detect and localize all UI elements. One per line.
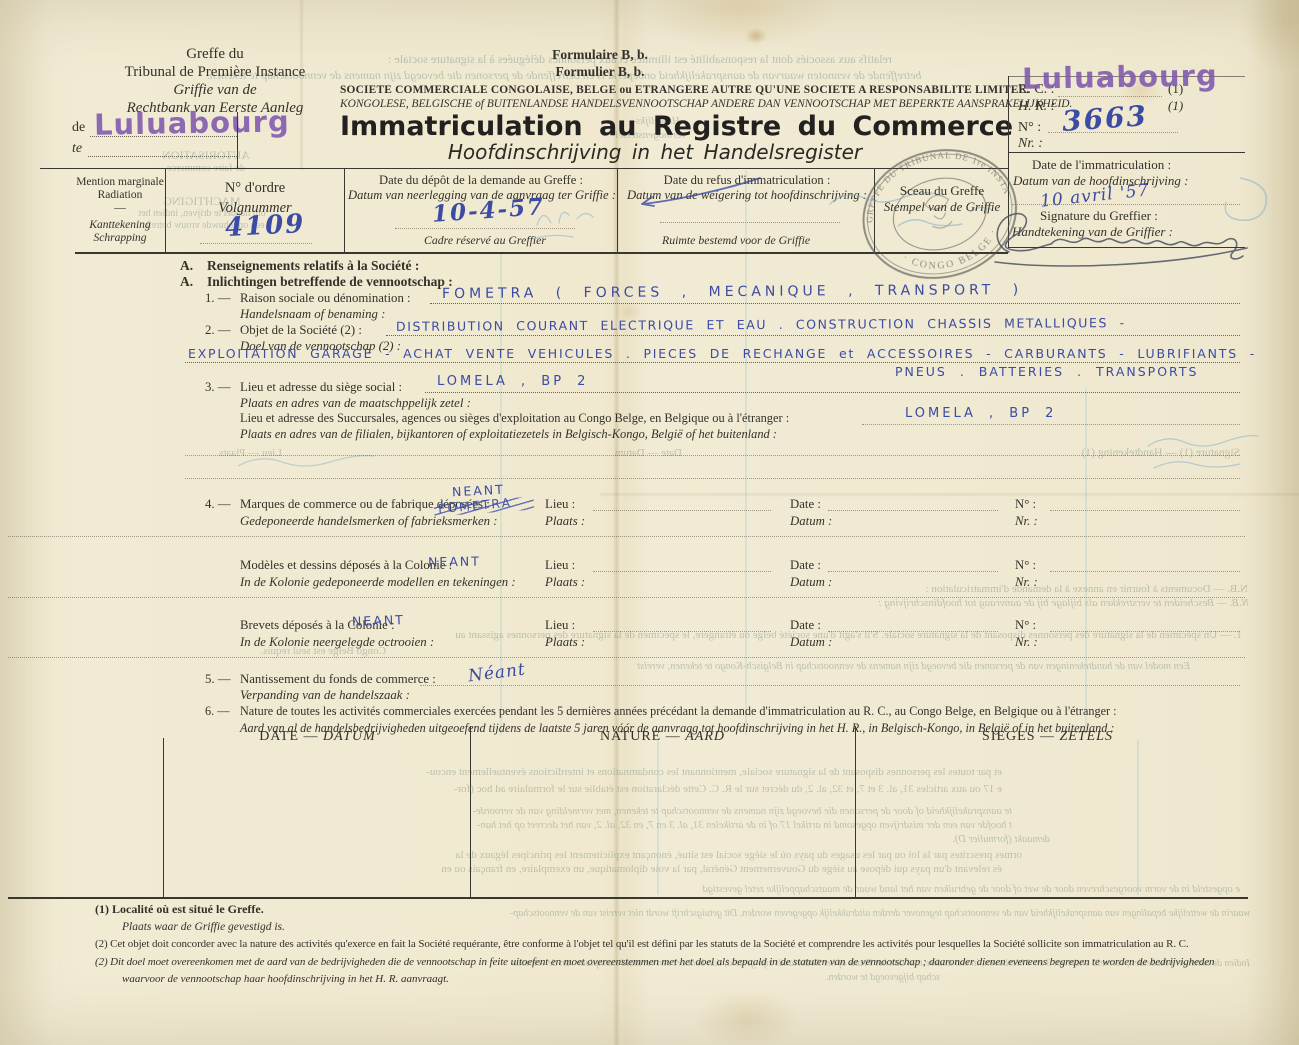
order-number-value: 4109 <box>224 209 306 243</box>
numero-label: N° : <box>1015 558 1036 572</box>
footnote2-nl: (2) Dit doel moet overeenkomen met de aa… <box>95 956 1214 968</box>
table-header-sieges-fr: SIEGES — <box>982 729 1055 744</box>
table-header-date-nl: DATUM <box>323 729 376 744</box>
item2-label-fr: Objet de la Société (2) : <box>240 323 362 337</box>
numero-label: N° : <box>1015 618 1036 632</box>
hr-label: H. R. : <box>1018 99 1055 115</box>
datum-label: Datum : <box>790 635 832 649</box>
reg-box-bottom-line <box>1008 247 1245 248</box>
company-type-nl: KONGOLESE, BELGISCHE of BUITENLANDSE HAN… <box>340 98 970 111</box>
marginal-note-nl-2: Schrapping <box>70 232 170 245</box>
no-label: N° : <box>1018 120 1041 136</box>
section-separator <box>8 657 1245 658</box>
item3-label-nl: Plaats en adres van de maatschppelijk ze… <box>240 396 471 410</box>
dotted-line <box>200 243 312 244</box>
company-name-value: FOMETRA ( FORCES , MECANIQUE , TRANSPORT… <box>442 282 1022 302</box>
luluabourg-stamp: Luluabourg <box>1022 58 1218 95</box>
pencil-scribble <box>1180 168 1290 228</box>
box-divider <box>237 112 238 168</box>
company-purpose-value-line3: PNEUS . BATTERIES . TRANSPORTS <box>895 364 1198 379</box>
bleedthrough-text: schap bijgevoegd te worden. <box>640 972 940 983</box>
pen-strikethrough <box>620 170 800 220</box>
numero-label: N° : <box>1015 497 1036 511</box>
table-header-sieges: SIEGES — ZETELS <box>855 729 1240 745</box>
table-column-line <box>470 726 471 897</box>
dotted-line <box>185 455 1240 456</box>
item3-label-fr: Lieu et adresse du siège social : <box>240 380 402 394</box>
table-column-line <box>855 726 856 897</box>
table-header-sieges-nl: ZETELS <box>1059 729 1112 744</box>
marginal-note-fr-2: Radiation <box>70 189 170 202</box>
datum-label: Datum : <box>790 575 832 589</box>
page-title: Immatriculation au Registre du Commerce <box>340 112 970 142</box>
nummer-label: Nr. : <box>1015 514 1038 528</box>
dotted-line <box>828 631 998 632</box>
dotted-line <box>185 478 1240 479</box>
bleedthrough-text: et par toutes les personnes disposant de… <box>62 766 1002 778</box>
form-number-fr: Formulaire B, b. <box>500 47 700 62</box>
bleedthrough-text: e opgesteld in de vorm voorgeschreven do… <box>260 884 1240 895</box>
dotted-line <box>593 571 771 572</box>
date-label: Date : <box>790 618 821 632</box>
table-header-nature-nl: AARD <box>685 729 725 744</box>
bleedthrough-text: N.B. — Bescheiden te verstrekken als bij… <box>693 597 1249 609</box>
item1-label-nl: Handelsnaam of benaming : <box>240 307 385 321</box>
lieu-label: Lieu : <box>545 618 575 632</box>
ruled-showthrough-line <box>1085 388 1087 728</box>
dotted-line <box>660 222 840 223</box>
head-office-value: LOMELA , BP 2 <box>437 374 588 389</box>
dotted-line <box>88 156 237 157</box>
designs-label-nl: In de Kolonie gedeponeerde modellen en t… <box>240 575 516 589</box>
section-separator <box>8 536 1245 537</box>
de-label: de <box>72 120 85 136</box>
dotted-line <box>90 136 237 137</box>
ruled-showthrough-line <box>745 170 747 735</box>
plaats-label: Plaats : <box>545 514 585 528</box>
table-header-date-fr: DATE — <box>259 729 318 744</box>
grid-line <box>344 168 345 252</box>
scanned-form-page: relatifs aux associés dont la responsabi… <box>0 0 1299 1045</box>
nr-label: Nr. : <box>1018 136 1043 152</box>
item6-label-fr: Nature de toutes les activités commercia… <box>240 705 1117 719</box>
footnote1-fr: (1) Localité où est situé le Greffe. <box>95 903 264 916</box>
marginal-note-nl-1: Kanttekening <box>70 219 170 232</box>
section-separator <box>8 597 1245 598</box>
branches-value: LOMELA , BP 2 <box>905 406 1056 421</box>
dotted-line <box>828 510 998 511</box>
seal-label-fr: Sceau du Greffe <box>880 184 1004 199</box>
dotted-line <box>1058 96 1162 97</box>
lieu-label: Lieu : <box>545 558 575 572</box>
table-column-line <box>163 738 164 897</box>
order-number-label-fr: N° d'ordre <box>180 180 330 196</box>
marginal-note-fr-1: Mention marginale <box>70 176 170 189</box>
table-header-nature: NATURE — AARD <box>470 729 855 745</box>
branches-label-nl: Plaats en adres van de filialen, bijkant… <box>240 428 777 442</box>
section-a-letter-nl: A. <box>180 274 193 289</box>
branches-label-fr: Lieu et adresse des Succursales, agences… <box>240 412 789 426</box>
company-purpose-value-line2: EXPLOITATION GARAGE - ACHAT VENTE VEHICU… <box>188 346 1256 361</box>
date-label: Date : <box>790 558 821 572</box>
company-purpose-value-line1: DISTRIBUTION COURANT ELECTRIQUE ET EAU .… <box>396 315 1126 334</box>
form-number-nl: Formulier B, b. <box>500 64 700 79</box>
reg-box-divider <box>1008 152 1245 153</box>
designs-value: NEANT <box>428 554 481 570</box>
dotted-line <box>593 631 771 632</box>
item2-number: 2. — <box>205 323 231 337</box>
dotted-line <box>1050 510 1240 511</box>
date-label: Date : <box>790 497 821 511</box>
plaats-label: Plaats : <box>545 575 585 589</box>
court-office-line-fr-1: Greffe du <box>90 46 340 63</box>
footnote2-fr: (2) Cet objet doit concorder avec la nat… <box>95 938 1189 950</box>
bleedthrough-text: és relevant d'un pays qui dépose au sièg… <box>62 863 1002 875</box>
item4-label-nl: Gedeponeerde handelsmerken of fabrieksme… <box>240 514 498 528</box>
item6-number: 6. — <box>205 705 229 719</box>
dotted-line <box>425 392 1240 393</box>
pencil-scribble <box>1140 428 1270 488</box>
court-office-line-fr-2: Tribunal de Première Instance <box>65 64 365 81</box>
bleedthrough-text: ormes prescrites par la loi ou par les u… <box>62 849 1022 861</box>
dotted-line <box>862 424 1240 425</box>
designs-label-fr: Modèles et dessins déposés à la Colonie … <box>240 558 452 572</box>
lieu-label: Lieu : <box>545 497 575 511</box>
dotted-line <box>1048 132 1178 133</box>
table-header-date: DATE — DATUM <box>165 729 470 745</box>
dotted-line <box>386 335 1240 336</box>
section-a-letter-fr: A. <box>180 258 193 273</box>
patents-value: NEANT <box>352 612 405 629</box>
pencil-scribble <box>525 185 615 245</box>
item1-label-fr: Raison sociale ou dénomination : <box>240 291 411 305</box>
dotted-line <box>420 685 1240 686</box>
bleedthrough-text: Date — Datum <box>556 447 682 459</box>
bleedthrough-text: te aansprakelijkheid of door de personen… <box>62 806 1012 817</box>
bleedthrough-text: demaakt (formulier D). <box>750 834 1050 845</box>
datum-label: Datum : <box>790 514 832 528</box>
section-a-title-fr: Renseignements relatifs à la Société : <box>207 258 419 273</box>
reserved-griffie-note: Ruimte bestemd voor de Griffie <box>662 234 810 247</box>
dotted-line <box>185 362 1240 363</box>
footnote1-nl: Plaats waar de Griffie gevestigd is. <box>122 921 285 934</box>
court-office-line-nl-1: Griffie van de <box>90 82 340 99</box>
nummer-label: Nr. : <box>1015 575 1038 589</box>
nummer-label: Nr. : <box>1015 635 1038 649</box>
pencil-scribble <box>230 448 390 478</box>
immatriculation-date-label-fr: Date de l'immatriculation : <box>1032 158 1171 173</box>
table-header-nature-fr: NATURE — <box>600 729 681 744</box>
seal-label-nl: Stempel van de Griffie <box>876 200 1008 215</box>
item4-number: 4. — <box>205 497 231 511</box>
dotted-line <box>828 571 998 572</box>
patents-label-nl: In de Kolonie neergelegde octrooien : <box>240 635 434 649</box>
bleedthrough-text: t hoofde van een der misdrijven opgesomd… <box>62 820 1012 831</box>
te-label: te <box>72 141 82 157</box>
bleedthrough-text: Een model van de handtekeningen van de p… <box>210 661 1190 672</box>
item5-label-nl: Verpanding van de handelszaak : <box>240 688 410 702</box>
footnote2-nl-line2: waarvoor de vennootschap haar hoofdinsch… <box>122 973 449 985</box>
item5-number: 5. — <box>205 672 231 686</box>
item3-number: 3. — <box>205 380 231 394</box>
table-bottom-rule <box>8 897 1248 899</box>
grid-line <box>617 168 618 252</box>
company-type-fr: SOCIETE COMMERCIALE CONGOLAISE, BELGE ou… <box>340 84 970 97</box>
dotted-line <box>1050 571 1240 572</box>
dotted-line <box>593 510 771 511</box>
section-a-title-nl: Inlichtingen betreffende de vennootschap… <box>207 274 453 289</box>
ruled-showthrough-line <box>657 740 659 895</box>
item1-number: 1. — <box>205 291 231 305</box>
dotted-line <box>1050 631 1240 632</box>
ruled-showthrough-line <box>1137 740 1139 895</box>
plaats-label: Plaats : <box>545 635 585 649</box>
dotted-line <box>430 303 1240 304</box>
item5-label-fr: Nantissement du fonds de commerce : <box>240 672 436 686</box>
bleedthrough-text: N.B. — Documents à fournir en annexe à l… <box>703 583 1248 595</box>
hr-note: (1) <box>1168 99 1183 114</box>
fold-crease <box>600 492 1299 497</box>
bleedthrough-text: e 17 ou aux articles 31, al. 3 et 7, et … <box>62 783 1002 795</box>
marginal-note-dash: — <box>70 202 170 215</box>
